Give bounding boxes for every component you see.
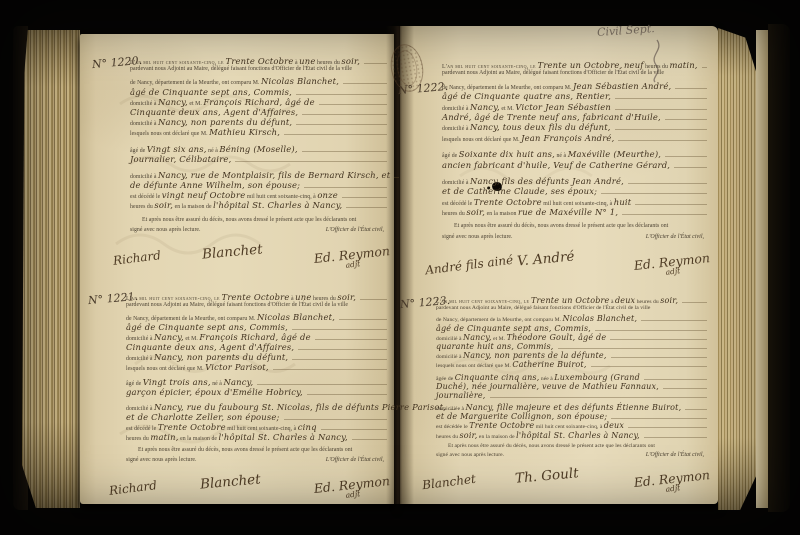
printed-template-text: lesquels nous ont déclaré que M.: [442, 137, 521, 143]
rule-filler-line: [298, 348, 387, 350]
handwritten-entry: Nicolas Blanchet,: [261, 76, 339, 86]
cover-inner-band-right: [756, 30, 768, 508]
handwritten-entry: Nancy,: [223, 377, 253, 387]
handwritten-entry: de défunte Anne Wilhelm, son épouse;: [130, 180, 300, 190]
printed-template-text: domicilié à: [126, 356, 154, 362]
printed-template-text: lesquels nous ont déclaré que M.: [436, 363, 512, 369]
signature-name: Blanchet: [199, 471, 261, 492]
handwritten-entry: l'hôpital St. Charles à Nancy,: [516, 431, 640, 440]
record-line: est décédé le Trente Octobre mil huit ce…: [442, 197, 710, 207]
rule-filler-line: [591, 365, 707, 367]
printed-template-text: en la maison: [485, 211, 518, 217]
rule-filler-line: [321, 428, 387, 430]
handwritten-entry: ancien fabricant d'huile, Veuf de Cather…: [442, 160, 670, 170]
handwritten-entry: Nancy,: [463, 333, 492, 342]
signature: Blanchet: [421, 472, 476, 492]
handwritten-entry: deux: [604, 421, 624, 430]
printed-template-text: âgé de: [130, 148, 147, 154]
printed-template-text: heures du: [436, 434, 460, 440]
rule-filler-line: [611, 417, 707, 419]
record-line: heures du soir, en la maison de l'hôpita…: [436, 431, 710, 440]
record-line: lesquels nous ont déclaré que M. Jean Fr…: [442, 133, 710, 143]
rule-filler-line: [644, 378, 707, 380]
signature-name: Blanchet: [202, 241, 264, 262]
signature-row: RichardBlanchetEd. Reymonadjt: [92, 242, 390, 288]
record-line: pardevant nous Adjoint au Maire, délégué…: [130, 66, 390, 76]
signature-row: André fils ainéV. AndréEd. Reymonadjt: [404, 249, 710, 295]
rule-filler-line: [284, 133, 387, 135]
handwritten-entry: une: [295, 292, 311, 302]
signature-name: Blanchet: [421, 472, 476, 492]
rule-filler-line: [674, 166, 707, 168]
handwritten-entry: Nancy, non parents du défunt,: [154, 352, 288, 362]
signature-row: BlanchetTh. GoultEd. Reymonadjt: [400, 466, 710, 512]
record-line: domicilié à Nancy, non parents du défunt…: [130, 117, 390, 127]
death-record-1223: N° 1223. L'an mil huit cent soixante-cin…: [400, 296, 710, 512]
death-record-1222: N° 1222. L'an mil huit cent soixante-cin…: [404, 60, 710, 295]
handwritten-entry: quarante huit ans, Commis,: [436, 342, 554, 351]
rule-filler-line: [635, 203, 707, 205]
printed-template-text: L'Officier de l'État civil,: [326, 227, 390, 233]
record-line: pardevant nous Adjoint au Maire, délégué…: [436, 305, 710, 314]
handwritten-entry: Victor Parisot,: [205, 362, 269, 372]
printed-template-text: domicilié à: [436, 354, 463, 360]
printed-template-text: de Nancy, département de la Meurthe, ont…: [130, 80, 261, 86]
handwritten-entry: Vingt trois ans,: [143, 377, 211, 387]
record-line: est décédé le vingt neuf Octobre mil hui…: [130, 190, 390, 200]
handwritten-entry: et de Charlotte Zeller, son épouse;: [126, 412, 280, 422]
handwritten-entry: Nancy, rue de Montplaisir, fils de Berna…: [158, 170, 390, 180]
handwritten-entry: fils des défunts Jean André,: [501, 176, 624, 186]
signature-name: V. André: [517, 249, 576, 270]
record-line: pardevant nous Adjoint au Maire, délégué…: [126, 302, 390, 312]
printed-template-text: heures du: [130, 204, 154, 210]
handwritten-entry: cinq: [298, 422, 317, 432]
printed-template-text: L'Officier de l'État civil,: [646, 234, 710, 240]
rule-filler-line: [302, 150, 387, 152]
printed-template-text: en la maison de: [173, 204, 213, 210]
handwritten-entry: huit: [614, 197, 632, 207]
record-line: L'an mil huit cent soixante-cinq, le Tre…: [126, 292, 390, 302]
handwritten-entry: et de Marguerite Collignon, son épouse;: [436, 412, 607, 421]
handwritten-entry: soir,: [460, 431, 478, 440]
rule-filler-line: [352, 438, 387, 440]
printed-template-text: domicilié à: [130, 121, 158, 127]
printed-template-text: est décédé le: [442, 201, 474, 207]
record-line: lesquels nous ont déclaré que M. Victor …: [126, 362, 390, 372]
record-line: est décédée le Trente Octobre mil huit c…: [436, 421, 710, 430]
handwritten-entry: Vingt six ans,: [147, 144, 207, 154]
rule-filler-line: [663, 387, 707, 389]
signature: Ed. Reymonadjt: [313, 243, 391, 273]
rule-filler-line: [685, 408, 707, 410]
page-stack-fore-edge-left: [22, 30, 80, 508]
rule-filler-line: [622, 213, 707, 215]
record-line: Journalier, Célibataire,: [130, 154, 390, 164]
handwritten-entry: l'hôpital St. Charles à Nancy,: [213, 200, 342, 210]
handwritten-entry: Nancy,: [158, 97, 188, 107]
rule-filler-line: [342, 196, 387, 198]
record-line: domicilié à Nancy, fils des défunts Jean…: [442, 176, 710, 186]
record-line: domicilié à Nancy, rue de Montplaisir, f…: [130, 170, 390, 180]
printed-template-text: domicilié à: [436, 336, 463, 342]
record-line: domicilié à Nancy, non parents du défunt…: [126, 352, 390, 362]
handwritten-entry: Victor Jean Sébastien: [515, 102, 611, 112]
printed-template-text: de Nancy, département de la Meurthe, ont…: [436, 317, 563, 323]
handwritten-entry: rue de Maxéville N° 1,: [518, 207, 618, 217]
record-line: et de Catherine Claude, ses époux;: [442, 186, 710, 196]
handwritten-entry: André, âgé de Trente neuf ans, fabricant…: [442, 112, 661, 122]
printed-template-text: L'Officier de l'État civil,: [646, 452, 710, 458]
printed-template-text: âgée de: [436, 376, 455, 382]
rule-filler-line: [682, 301, 707, 303]
handwritten-entry: Nancy, tous deux fils du défunt,: [470, 122, 611, 132]
handwritten-entry: Théodore Goult, âgé de: [507, 333, 607, 342]
record-line: lesquels nous ont déclaré que M. Mathieu…: [130, 127, 390, 137]
rule-filler-line: [307, 393, 387, 395]
record-line: Duché), née journalière, veuve de Mathie…: [436, 382, 710, 391]
record-line: domicilié à Nancy, et M. Victor Jean Séb…: [442, 102, 710, 112]
handwritten-entry: âgé de Cinquante quatre ans, Rentier,: [442, 91, 611, 101]
record-line: L'an mil huit cent soixante-cinq, le Tre…: [436, 296, 710, 305]
rule-filler-line: [302, 113, 387, 115]
handwritten-entry: Trente Octobre: [158, 422, 226, 432]
record-line: de défunte Anne Wilhelm, son épouse;: [130, 180, 390, 190]
handwritten-entry: Catherine Buirot,: [512, 360, 586, 369]
rule-filler-line: [641, 319, 707, 321]
printed-template-text: domicilié à: [130, 174, 158, 180]
rule-filler-line: [296, 93, 387, 95]
handwritten-entry: l'hôpital St. Charles à Nancy,: [219, 432, 348, 442]
rule-filler-line: [284, 418, 387, 420]
page-stack-fore-edge-right: [718, 28, 756, 510]
record-line: heures du soir, en la maison rue de Maxé…: [442, 207, 710, 217]
printed-template-text: pardevant nous Adjoint au Maire, délégué…: [436, 305, 650, 311]
record-line: heures du matin, en la maison de l'hôpit…: [126, 432, 390, 442]
handwritten-entry: Trente Octobre: [469, 421, 534, 430]
record-line: âgé de Cinquante sept ans, Commis,: [130, 87, 390, 97]
printed-template-text: pardevant nous Adjoint au Maire, délégué…: [130, 66, 352, 72]
rule-filler-line: [346, 206, 387, 208]
record-line: signé avec nous après lecture.L'Officier…: [442, 234, 710, 244]
record-text: L'an mil huit cent soixante-cinq, le Tre…: [436, 296, 710, 461]
record-line: âgé de Cinquante sept ans, Commis,: [126, 322, 390, 332]
record-line: âgé de Cinquante sept ans, Commis,: [436, 324, 710, 333]
rule-filler-line: [702, 66, 707, 68]
printed-template-text: signé avec nous après lecture.: [126, 457, 197, 463]
handwritten-entry: Béning (Moselle),: [219, 144, 297, 154]
printed-template-text: en la maison de: [477, 434, 516, 440]
handwritten-entry: soir,: [660, 296, 678, 305]
handwritten-entry: Nancy,: [470, 176, 500, 186]
record-line: garçon épicier, époux d'Emélie Hobricy,: [126, 387, 390, 397]
record-line: signé avec nous après lecture.L'Officier…: [126, 457, 390, 467]
rule-filler-line: [339, 318, 387, 320]
record-line: âgé de Vingt trois ans, né à Nancy,: [126, 377, 390, 387]
death-record-1221: N° 1221. L'an mil huit cent soixante-cin…: [88, 292, 390, 518]
printed-template-text: mil huit cent soixante-cinq, à: [534, 424, 603, 430]
printed-template-text: heures du: [126, 436, 150, 442]
handwritten-entry: Trente Octobre: [226, 56, 294, 66]
handwritten-entry: soir,: [337, 292, 356, 302]
rule-filler-line: [595, 329, 707, 331]
handwritten-entry: Soixante dix huit ans,: [459, 149, 555, 159]
printed-template-text: et M.: [188, 101, 204, 107]
printed-template-text: signé avec nous après lecture.: [436, 452, 504, 458]
handwritten-entry: Luxembourg (Grand: [554, 373, 640, 382]
printed-template-text: domicilié à: [442, 180, 470, 186]
printed-template-text: domicilié à: [442, 106, 470, 112]
printed-template-text: âgé de: [442, 153, 459, 159]
record-line: domiciliée à Nancy, fille majeure et des…: [436, 403, 710, 412]
signature-name: Th. Goult: [514, 465, 579, 486]
handwritten-entry: soir,: [341, 56, 360, 66]
signature: Ed. Reymonadjt: [633, 467, 711, 497]
handwritten-entry: âgé de Cinquante sept ans, Commis,: [130, 87, 292, 97]
signature: Richard: [112, 248, 161, 268]
handwritten-entry: journalière,: [436, 391, 486, 400]
signature: Blanchet: [202, 241, 264, 262]
record-line: est décédé le Trente Octobre mil huit ce…: [126, 422, 390, 432]
printed-template-text: lesquels nous ont déclaré que M.: [126, 366, 205, 372]
handwritten-entry: Jean François André,: [521, 133, 614, 143]
record-line: ancien fabricant d'huile, Veuf de Cather…: [442, 160, 710, 170]
printed-template-text: signé avec nous après lecture.: [130, 227, 201, 233]
signature: Richard: [108, 478, 157, 498]
record-line: signé avec nous après lecture.L'Officier…: [436, 452, 710, 461]
rule-filler-line: [610, 338, 707, 340]
printed-template-text: signé avec nous après lecture.: [442, 234, 513, 240]
printed-template-text: Et après nous être assuré du décès, nous…: [448, 443, 655, 449]
handwritten-entry: une: [299, 56, 315, 66]
record-text: L'an mil huit cent soixante-cinq, le Tre…: [130, 56, 390, 237]
record-line: Cinquante deux ans, Agent d'Affaires,: [126, 342, 390, 352]
printed-template-text: né à: [207, 148, 220, 154]
record-line: pardevant nous Adjoint au Maire, délégué…: [442, 70, 710, 80]
record-line: domicilié à Nancy, tous deux fils du déf…: [442, 122, 710, 132]
record-line: domicilié à Nancy, et M. François Richar…: [130, 97, 390, 107]
handwritten-entry: âgé de Cinquante sept ans, Commis,: [436, 324, 591, 333]
handwritten-entry: Nicolas Blanchet,: [563, 314, 638, 323]
rule-filler-line: [618, 139, 707, 141]
signature: Th. Goult: [514, 465, 579, 486]
handwritten-entry: soir,: [466, 207, 485, 217]
record-line: Et après nous être assuré du décès, nous…: [126, 447, 390, 457]
handwritten-entry: Nicolas Blanchet,: [257, 312, 335, 322]
rule-filler-line: [665, 118, 707, 120]
printed-template-text: domicilié à: [130, 101, 158, 107]
printed-template-text: pardevant nous Adjoint au Maire, délégué…: [442, 70, 664, 76]
rule-filler-line: [235, 160, 387, 162]
handwritten-entry: Trente un Octobre,: [538, 60, 623, 70]
rule-filler-line: [296, 123, 387, 125]
rule-filler-line: [490, 396, 707, 398]
handwritten-entry: garçon épicier, époux d'Emélie Hobricy,: [126, 387, 303, 397]
handwritten-entry: neuf: [624, 60, 644, 70]
printed-template-text: Et après nous être assuré du décès, nous…: [138, 447, 352, 453]
handwritten-entry: Nancy, fille majeure et des défunts Étie…: [466, 403, 682, 412]
handwritten-entry: Trente Octobre: [474, 197, 542, 207]
record-line: domicilié à Nancy, et M. Théodore Goult,…: [436, 333, 710, 342]
record-line: et de Charlotte Zeller, son épouse;: [126, 412, 390, 422]
handwritten-entry: Nancy, non parents du défunt,: [158, 117, 292, 127]
record-line: âgé de Cinquante quatre ans, Rentier,: [442, 91, 710, 101]
printed-template-text: domicilié à: [442, 126, 470, 132]
record-line: André, âgé de Trente neuf ans, fabricant…: [442, 112, 710, 122]
record-line: et de Marguerite Collignon, son épouse;: [436, 412, 710, 421]
book-scan: { "annotation": { "text": "Civil Sept." …: [0, 0, 800, 535]
record-line: de Nancy, département de la Meurthe, ont…: [126, 312, 390, 322]
rule-filler-line: [394, 176, 399, 178]
record-line: domicilié à Nancy, rue du faubourg St. N…: [126, 402, 390, 412]
handwritten-entry: Jean Sébastien André,: [573, 81, 671, 91]
rule-filler-line: [644, 436, 707, 438]
handwritten-entry: Nancy, non parents de la défunte,: [463, 351, 607, 360]
rule-filler-line: [675, 87, 707, 89]
record-line: Cinquante deux ans, Agent d'Affaires,: [130, 107, 390, 117]
record-line: signé avec nous après lecture.L'Officier…: [130, 227, 390, 237]
printed-template-text: mil huit cent soixante-cinq, à: [245, 194, 317, 200]
record-line: de Nancy, département de la Meurthe, ont…: [442, 81, 710, 91]
rule-filler-line: [558, 347, 707, 349]
handwritten-entry: deux: [615, 296, 635, 305]
printed-template-text: Et après nous être assuré du décès, nous…: [454, 223, 668, 229]
rule-filler-line: [304, 186, 387, 188]
signature: Blanchet: [199, 471, 261, 492]
signature: Ed. Reymonadjt: [633, 250, 711, 280]
printed-template-text: mil huit cent soixante-cinq, à: [542, 201, 614, 207]
signature-name: Richard: [108, 478, 157, 498]
record-line: âgée de Cinquante cinq ans, née à Luxemb…: [436, 373, 710, 382]
book-cover-right-edge: [768, 24, 790, 512]
signature-name: Richard: [112, 248, 161, 268]
handwritten-entry: Cinquante cinq ans,: [455, 373, 540, 382]
handwritten-entry: Cinquante deux ans, Agent d'Affaires,: [130, 107, 298, 117]
signature: André fils ainé: [425, 253, 514, 278]
rule-filler-line: [257, 383, 387, 385]
death-record-1220: N° 1220. L'an mil huit cent soixante-cin…: [92, 56, 390, 288]
handwritten-entry: Trente un Octobre: [531, 296, 610, 305]
handwritten-entry: Nancy,: [470, 102, 500, 112]
printed-template-text: est décédé le: [130, 194, 162, 200]
handwritten-entry: François Richard, âgé de: [199, 332, 310, 342]
handwritten-entry: Trente Octobre: [222, 292, 290, 302]
record-line: Et après nous être assuré du décès, nous…: [130, 217, 390, 227]
handwritten-entry: matin,: [150, 432, 178, 442]
record-line: de Nancy, département de la Meurthe, ont…: [130, 76, 390, 86]
record-line: heures du soir, en la maison de l'hôpita…: [130, 200, 390, 210]
handwritten-entry: Duché), née journalière, veuve de Mathie…: [436, 382, 659, 391]
printed-template-text: né à: [555, 153, 568, 159]
handwritten-entry: soir,: [154, 200, 173, 210]
rule-filler-line: [364, 62, 387, 64]
record-line: de Nancy, département de la Meurthe, ont…: [436, 314, 710, 323]
rule-filler-line: [611, 356, 707, 358]
handwritten-entry: Mathieu Kirsch,: [209, 127, 280, 137]
handwritten-entry: Cinquante deux ans, Agent d'Affaires,: [126, 342, 294, 352]
rule-filler-line: [315, 338, 387, 340]
printed-template-text: née à: [539, 376, 554, 382]
record-number: N° 1222.: [398, 80, 449, 97]
rule-filler-line: [615, 108, 707, 110]
record-line: âgé de Soixante dix huit ans, né à Maxév…: [442, 149, 710, 159]
signature-name: André fils ainé: [425, 253, 514, 278]
rule-filler-line: [615, 128, 707, 130]
rule-filler-line: [273, 368, 387, 370]
record-line: L'an mil huit cent soixante-cinq, le Tre…: [442, 60, 710, 70]
record-line: quarante huit ans, Commis,: [436, 342, 710, 351]
printed-template-text: L'Officier de l'État civil,: [326, 457, 390, 463]
handwritten-entry: Journalier, Célibataire,: [130, 154, 231, 164]
printed-template-text: pardevant nous Adjoint au Maire, délégué…: [126, 302, 348, 308]
rule-filler-line: [628, 426, 707, 428]
printed-template-text: en la maison de: [179, 436, 219, 442]
rule-filler-line: [319, 103, 387, 105]
printed-template-text: de Nancy, département de la Meurthe, ont…: [442, 85, 573, 91]
handwritten-entry: et de Catherine Claude, ses époux;: [442, 186, 597, 196]
signature-row: RichardBlanchetEd. Reymonadjt: [88, 472, 390, 518]
printed-template-text: heures du: [442, 211, 466, 217]
printed-template-text: est décédée le: [436, 424, 469, 430]
record-line: âgé de Vingt six ans, né à Béning (Mosel…: [130, 144, 390, 154]
rule-filler-line: [360, 298, 387, 300]
record-text: L'an mil huit cent soixante-cinq, le Tre…: [126, 292, 390, 467]
rule-filler-line: [292, 358, 387, 360]
rule-filler-line: [665, 155, 707, 157]
record-text: L'an mil huit cent soixante-cinq, le Tre…: [442, 60, 710, 244]
printed-template-text: Et après nous être assuré du décès, nous…: [142, 217, 356, 223]
printed-template-text: et M.: [500, 106, 516, 112]
rule-filler-line: [615, 97, 707, 99]
printed-template-text: domiciliée à: [436, 406, 466, 412]
handwritten-entry: François Richard, âgé de: [203, 97, 314, 107]
rule-filler-line: [628, 182, 707, 184]
handwritten-entry: matin,: [669, 60, 697, 70]
signature: Ed. Reymonadjt: [313, 473, 391, 503]
printed-template-text: lesquels nous ont déclaré que M.: [130, 131, 209, 137]
rule-filler-line: [343, 82, 387, 84]
record-line: L'an mil huit cent soixante-cinq, le Tre…: [130, 56, 390, 66]
record-line: journalière,: [436, 391, 710, 400]
handwritten-entry: âgé de Cinquante sept ans, Commis,: [126, 322, 288, 332]
handwritten-entry: Maxéville (Meurthe),: [568, 149, 661, 159]
record-line: domicilié à Nancy, non parents de la déf…: [436, 351, 710, 360]
printed-template-text: et M.: [492, 336, 507, 342]
record-line: domicilié à Nancy, et M. François Richar…: [126, 332, 390, 342]
record-line: Et après nous être assuré du décès, nous…: [442, 223, 710, 233]
handwritten-entry: vingt neuf Octobre: [162, 190, 246, 200]
record-line: Et après nous être assuré du décès, nous…: [436, 443, 710, 452]
signature: V. André: [517, 249, 576, 270]
handwritten-entry: onze: [317, 190, 338, 200]
record-line: lesquels nous ont déclaré que M. Catheri…: [436, 360, 710, 369]
rule-filler-line: [292, 328, 387, 330]
rule-filler-line: [601, 192, 707, 194]
handwritten-entry: Nancy,: [154, 332, 184, 342]
